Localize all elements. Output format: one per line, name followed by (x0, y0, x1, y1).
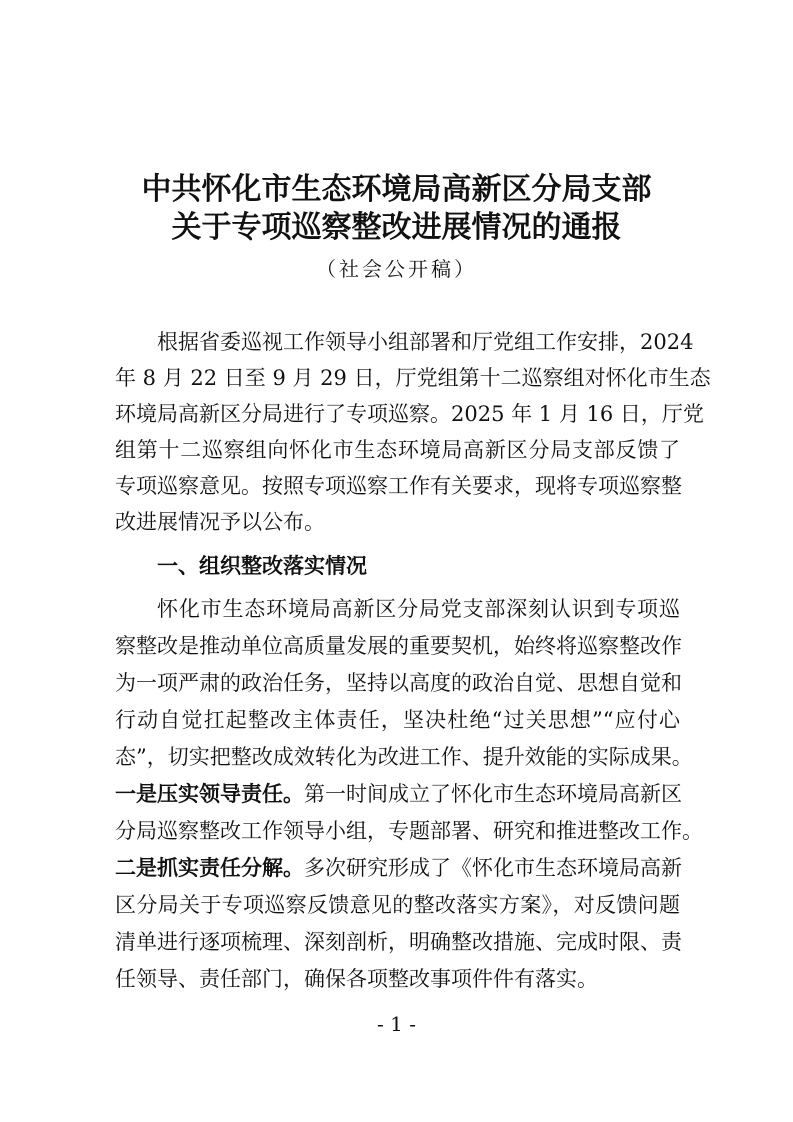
point2-text: 多次研究形成了《怀化市生态环境局高新 (304, 856, 682, 880)
document-subtitle: （社会公开稿） (0, 256, 793, 282)
paragraph1-line: 专项巡察意见。按照专项巡察工作有关要求，现将专项巡察整 (115, 472, 680, 500)
paragraph2-line: 察整改是推动单位高质量发展的重要契机，始终将巡察整改作 (115, 632, 680, 660)
point1-lead: 一是压实领导责任。 (115, 782, 304, 806)
paragraph1-line: 根据省委巡视工作领导小组部署和厅党组工作安排，2024 (157, 328, 680, 356)
paragraph2-line: 为一项严肃的政治任务，坚持以高度的政治自觉、思想自觉和 (115, 669, 680, 697)
page-number: - 1 - (0, 1012, 793, 1036)
paragraph1-line: 组第十二巡察组向怀化市生态环境局高新区分局支部反馈了 (115, 436, 680, 464)
point1-line: 一是压实领导责任。第一时间成立了怀化市生态环境局高新区 (115, 780, 680, 808)
point2-line: 清单进行逐项梳理、深刻剖析，明确整改措施、完成时限、责 (115, 928, 680, 956)
paragraph2-line: 态”，切实把整改成效转化为改进工作、提升效能的实际成果。 (115, 743, 680, 771)
section-heading: 一、组织整改落实情况 (157, 552, 367, 580)
document-page: 中共怀化市生态环境局高新区分局支部 关于专项巡察整改进展情况的通报 （社会公开稿… (0, 0, 793, 1122)
document-title-line1: 中共怀化市生态环境局高新区分局支部 (0, 172, 793, 208)
point1-line: 分局巡察整改工作领导小组，专题部署、研究和推进整改工作。 (115, 817, 680, 845)
point2-line: 任领导、责任部门，确保各项整改事项件件有落实。 (115, 965, 680, 993)
point1-text: 第一时间成立了怀化市生态环境局高新区 (304, 782, 682, 806)
point2-lead: 二是抓实责任分解。 (115, 856, 304, 880)
paragraph1-line: 改进展情况予以公布。 (115, 508, 680, 536)
paragraph2-line: 行动自觉扛起整改主体责任，坚决杜绝“过关思想”“应付心 (115, 706, 680, 734)
point2-line: 区分局关于专项巡察反馈意见的整改落实方案》，对反馈问题 (115, 891, 680, 919)
paragraph1-line: 环境局高新区分局进行了专项巡察。2025 年 1 月 16 日，厅党 (115, 400, 680, 428)
document-title-line2: 关于专项巡察整改进展情况的通报 (0, 210, 793, 246)
point2-line: 二是抓实责任分解。多次研究形成了《怀化市生态环境局高新 (115, 854, 680, 882)
paragraph1-line: 年 8 月 22 日至 9 月 29 日，厅党组第十二巡察组对怀化市生态 (115, 364, 680, 392)
paragraph2-line: 怀化市生态环境局高新区分局党支部深刻认识到专项巡 (157, 595, 680, 623)
